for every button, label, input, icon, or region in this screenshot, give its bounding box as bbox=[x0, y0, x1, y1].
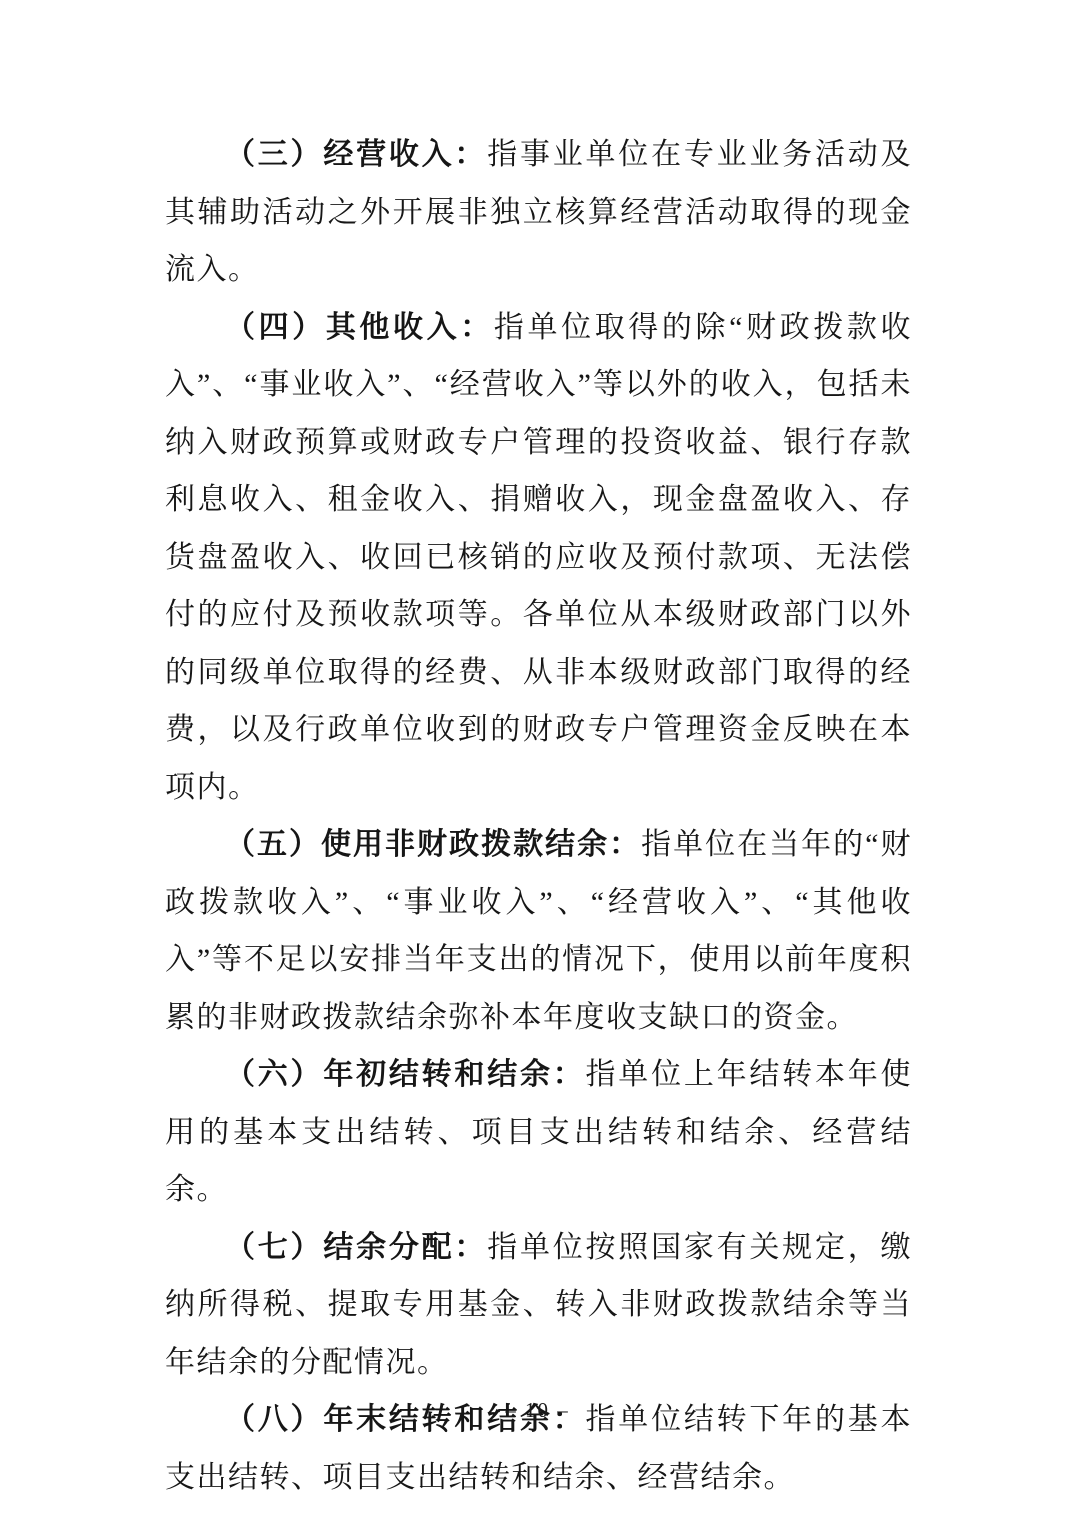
paragraph-heading: （五）使用非财政拨款结余： bbox=[225, 828, 641, 861]
paragraph-heading: （四）其他收入： bbox=[225, 311, 494, 344]
paragraph-item-7: （七）结余分配：指单位按照国家有关规定，缴纳所得税、提取专用基金、转入非财政拨款… bbox=[165, 1219, 912, 1392]
paragraph-item-5: （五）使用非财政拨款结余：指单位在当年的“财政拨款收入”、“事业收入”、“经营收… bbox=[165, 816, 912, 1046]
paragraph-heading: （三）经营收入： bbox=[225, 138, 487, 171]
paragraph-item-4: （四）其他收入：指单位取得的除“财政拨款收入”、“事业收入”、“经营收入”等以外… bbox=[165, 299, 912, 817]
paragraph-item-3: （三）经营收入：指事业单位在专业业务活动及其辅助活动之外开展非独立核算经营活动取… bbox=[165, 126, 912, 299]
paragraph-heading: （六）年初结转和结余： bbox=[225, 1058, 586, 1091]
paragraph-item-6: （六）年初结转和结余：指单位上年结转本年使用的基本支出结转、项目支出结转和结余、… bbox=[165, 1046, 912, 1219]
paragraph-heading: （七）结余分配： bbox=[225, 1231, 487, 1264]
paragraph-text: 指单位取得的除“财政拨款收入”、“事业收入”、“经营收入”等以外的收入，包括未纳… bbox=[165, 311, 912, 804]
page-number: – 10 – bbox=[0, 1398, 1075, 1423]
document-page: （三）经营收入：指事业单位在专业业务活动及其辅助活动之外开展非独立核算经营活动取… bbox=[0, 0, 1075, 1520]
document-body: （三）经营收入：指事业单位在专业业务活动及其辅助活动之外开展非独立核算经营活动取… bbox=[165, 126, 912, 1506]
